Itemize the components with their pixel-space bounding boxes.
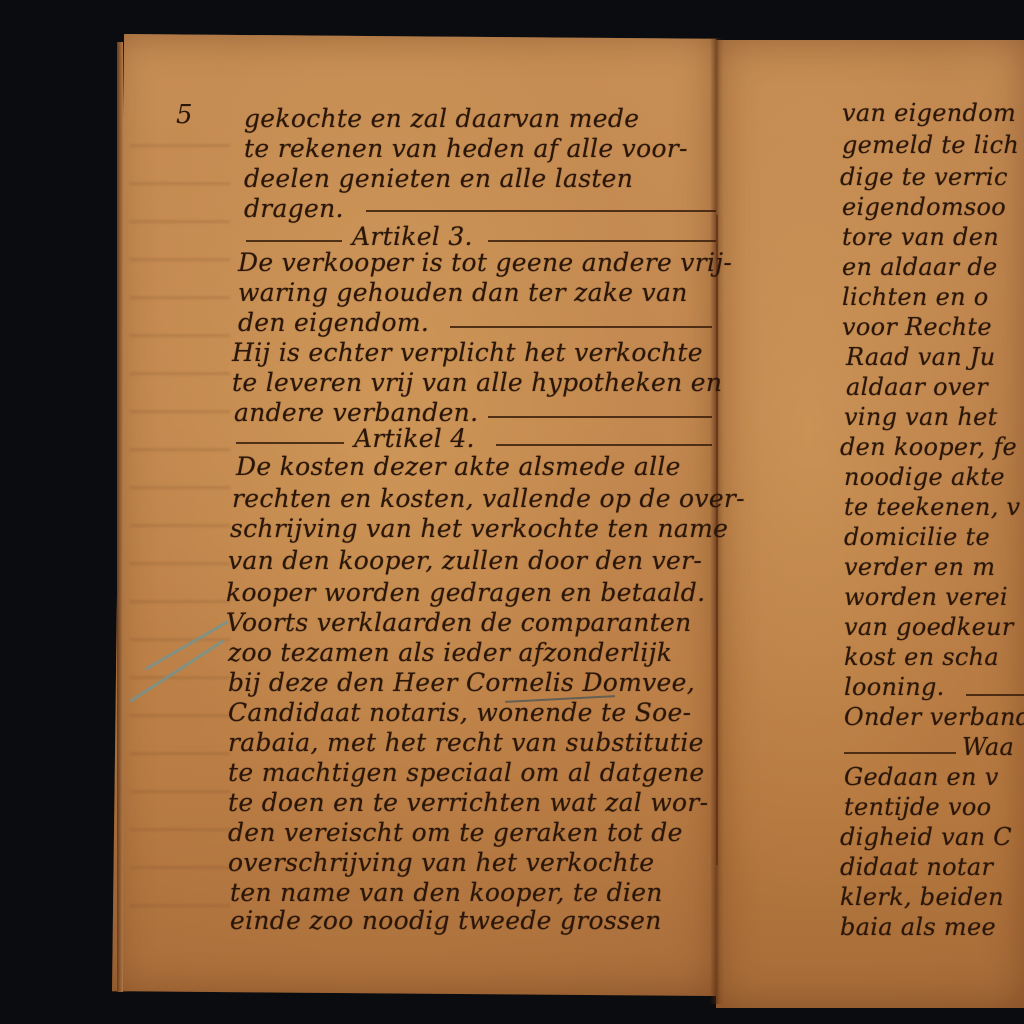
- right-line-12: den kooper, fe: [840, 432, 1017, 462]
- right-line-17: worden verei: [844, 582, 1008, 612]
- article-4-heading: Artikel 4.: [354, 424, 475, 454]
- left-line-19: zoo tezamen als ieder afzonderlijk: [228, 638, 672, 668]
- line-fill-rule: [488, 416, 712, 418]
- left-line-3: deelen genieten en alle lasten: [244, 164, 633, 194]
- right-line-23: Gedaan en v: [844, 762, 999, 792]
- right-line-18: van goedkeur: [844, 612, 1014, 642]
- open-ledger: 5 gekochte en zal daarvan mede te rekene…: [0, 0, 1024, 1024]
- left-line-1: gekochte en zal daarvan mede: [244, 104, 639, 134]
- right-line-25: digheid van C: [840, 822, 1012, 852]
- left-line-21: Candidaat notaris, wonende te Soe-: [228, 698, 691, 728]
- left-line-10: te leveren vrij van alle hypotheken en: [232, 368, 722, 398]
- right-line-13: noodige akte: [844, 462, 1005, 492]
- left-page-edge: [117, 42, 123, 992]
- right-line-7: lichten en o: [842, 282, 989, 312]
- left-line-23: te machtigen speciaal om al datgene: [228, 758, 704, 788]
- left-line-2: te rekenen van heden af alle voor-: [244, 134, 688, 164]
- left-line-22: rabaia, met het recht van substitutie: [228, 728, 704, 758]
- heading-rule-right: [496, 444, 712, 446]
- left-line-26: overschrijving van het verkochte: [228, 848, 654, 878]
- left-line-28: einde zoo noodig tweede grossen: [230, 906, 662, 936]
- left-line-20: bij deze den Heer Cornelis Domvee,: [228, 668, 695, 698]
- line-fill-rule: [450, 326, 712, 328]
- right-line-1: van eigendom: [842, 98, 1016, 128]
- right-page-text: van eigendom gemeld te lich dige te verr…: [716, 40, 1024, 1008]
- heading-rule-left: [236, 442, 344, 444]
- left-line-9: Hij is echter verplicht het verkochte: [232, 338, 703, 368]
- line-fill-rule: [366, 210, 716, 212]
- right-line-11: ving van het: [844, 402, 998, 432]
- right-line-24: tentijde voo: [844, 792, 991, 822]
- right-line-9: Raad van Ju: [846, 342, 996, 372]
- right-line-2: gemeld te lich: [842, 130, 1019, 160]
- left-line-17: kooper worden gedragen en betaald.: [226, 578, 705, 608]
- right-line-16: verder en m: [844, 552, 995, 582]
- left-line-16: van den kooper, zullen door den ver-: [228, 546, 702, 576]
- left-line-24: te doen en te verrichten wat zal wor-: [228, 788, 708, 818]
- right-line-3: dige te verric: [840, 162, 1008, 192]
- right-line-14: te teekenen, v: [844, 492, 1020, 522]
- heading-rule-right: [488, 240, 716, 242]
- left-line-14: rechten en kosten, vallende op de over-: [232, 484, 745, 514]
- right-line-5: tore van den: [842, 222, 999, 252]
- right-line-19: kost en scha: [844, 642, 999, 672]
- right-line-26: didaat notar: [840, 852, 993, 882]
- left-line-6: De verkooper is tot geene andere vrij-: [238, 248, 732, 278]
- right-line-20: looning.: [844, 672, 945, 702]
- line-fill-rule: [966, 694, 1024, 696]
- page-number: 5: [176, 100, 193, 130]
- right-line-8: voor Rechte: [842, 312, 992, 342]
- heading-rule-left: [844, 752, 956, 754]
- left-line-15: schrijving van het verkochte ten name: [230, 514, 728, 544]
- left-line-13: De kosten dezer akte alsmede alle: [236, 452, 681, 482]
- right-line-21: Onder verband: [844, 702, 1024, 732]
- right-line-28: baia als mee: [840, 912, 996, 942]
- left-line-7: waring gehouden dan ter zake van: [238, 278, 688, 308]
- left-line-25: den vereischt om te geraken tot de: [228, 818, 683, 848]
- heading-rule-left: [246, 240, 342, 242]
- left-line-8: den eigendom.: [238, 308, 429, 338]
- left-line-4: dragen.: [244, 194, 344, 224]
- right-line-22: Waa: [962, 732, 1014, 762]
- right-line-10: aldaar over: [846, 372, 988, 402]
- right-line-4: eigendomsoo: [842, 192, 1006, 222]
- left-line-27: ten name van den kooper, te dien: [230, 878, 663, 908]
- right-line-27: klerk, beiden: [840, 882, 1004, 912]
- left-line-18: Voorts verklaarden de comparanten: [226, 608, 691, 638]
- ink-bleedthrough: [130, 110, 230, 940]
- right-line-15: domicilie te: [844, 522, 990, 552]
- right-line-6: en aldaar de: [842, 252, 998, 282]
